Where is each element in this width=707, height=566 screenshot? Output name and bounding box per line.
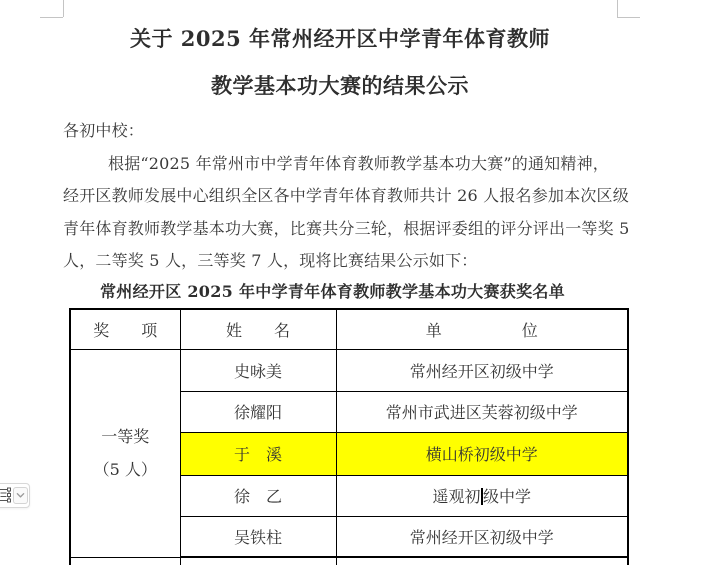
paragraph-line-2[interactable]: 经开区教师发展中心组织全区各中学青年体育教师共计 26 人报名参加本次区级 — [63, 186, 629, 206]
col-header-name[interactable]: 姓 名 — [180, 309, 336, 349]
empty-cell[interactable] — [70, 557, 180, 565]
empty-cell[interactable] — [336, 557, 628, 565]
paragraph-line-4[interactable]: 人，二等奖 5 人，三等奖 7 人，现将比赛结果公示如下： — [63, 251, 478, 271]
paragraph-line-1[interactable]: 根据“2025 年常州市中学青年体育教师教学基本功大赛”的通知精神， — [108, 154, 609, 174]
winner-name-cell[interactable]: 于 溪 — [180, 432, 336, 475]
table-row-partial — [70, 557, 628, 565]
award-group-cell[interactable]: 一等奖 （5 人） — [70, 349, 180, 557]
select-object-button[interactable] — [0, 486, 12, 504]
award-group-label-line1: 一等奖 — [71, 420, 180, 453]
col-header-award[interactable]: 奖 项 — [70, 309, 180, 349]
chevron-down-icon — [16, 491, 25, 500]
winner-unit-cell[interactable]: 遥观初级中学 — [336, 475, 628, 516]
floating-selection-toolbar — [0, 483, 30, 508]
document-page: { "document": { "title_line1": "关于 2025 … — [0, 0, 707, 566]
winner-name-cell[interactable]: 史咏美 — [180, 349, 336, 391]
winner-name-cell[interactable]: 吴铁柱 — [180, 516, 336, 557]
awards-table: 奖 项 姓 名 单 位 一等奖 （5 人） 史咏美 常州经开区初级中学 徐耀阳 … — [69, 308, 629, 565]
empty-cell[interactable] — [180, 557, 336, 565]
table-header-row: 奖 项 姓 名 单 位 — [70, 309, 628, 349]
toolbar-dropdown-button[interactable] — [13, 487, 28, 504]
table-caption[interactable]: 常州经开区 2025 年中学青年体育教师教学基本功大赛获奖名单 — [100, 279, 565, 302]
winner-name-cell[interactable]: 徐耀阳 — [180, 391, 336, 432]
winner-unit-cell[interactable]: 常州经开区初级中学 — [336, 349, 628, 391]
winner-unit-cell[interactable]: 常州市武进区芙蓉初级中学 — [336, 391, 628, 432]
document-title-line1[interactable]: 关于 2025 年常州经开区中学青年体育教师 — [63, 27, 617, 51]
table-row: 一等奖 （5 人） 史咏美 常州经开区初级中学 — [70, 349, 628, 391]
salutation-line[interactable]: 各初中校： — [63, 121, 144, 141]
document-title-line2[interactable]: 教学基本功大赛的结果公示 — [63, 74, 617, 98]
unit-text-before-caret: 遥观初 — [432, 487, 480, 506]
unit-text-after-caret: 级中学 — [483, 487, 531, 506]
paragraph-line-3[interactable]: 青年体育教师教学基本功大赛，比赛共分三轮，根据评委组的评分评出一等奖 5 — [63, 219, 629, 239]
winner-unit-cell[interactable]: 常州经开区初级中学 — [336, 516, 628, 557]
selection-handles-icon — [0, 486, 12, 504]
award-group-label-line2: （5 人） — [71, 453, 180, 486]
col-header-unit[interactable]: 单 位 — [336, 309, 628, 349]
winner-name-cell[interactable]: 徐 乙 — [180, 475, 336, 516]
winner-unit-cell[interactable]: 横山桥初级中学 — [336, 432, 628, 475]
